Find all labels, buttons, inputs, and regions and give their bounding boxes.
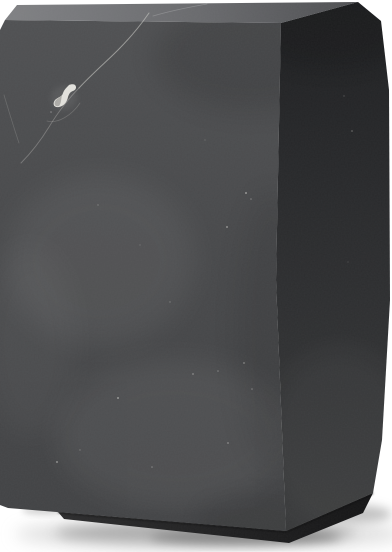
plinth-photo-svg	[0, 0, 392, 552]
stone-grain-overlay	[0, 0, 392, 552]
product-photo	[0, 0, 392, 552]
